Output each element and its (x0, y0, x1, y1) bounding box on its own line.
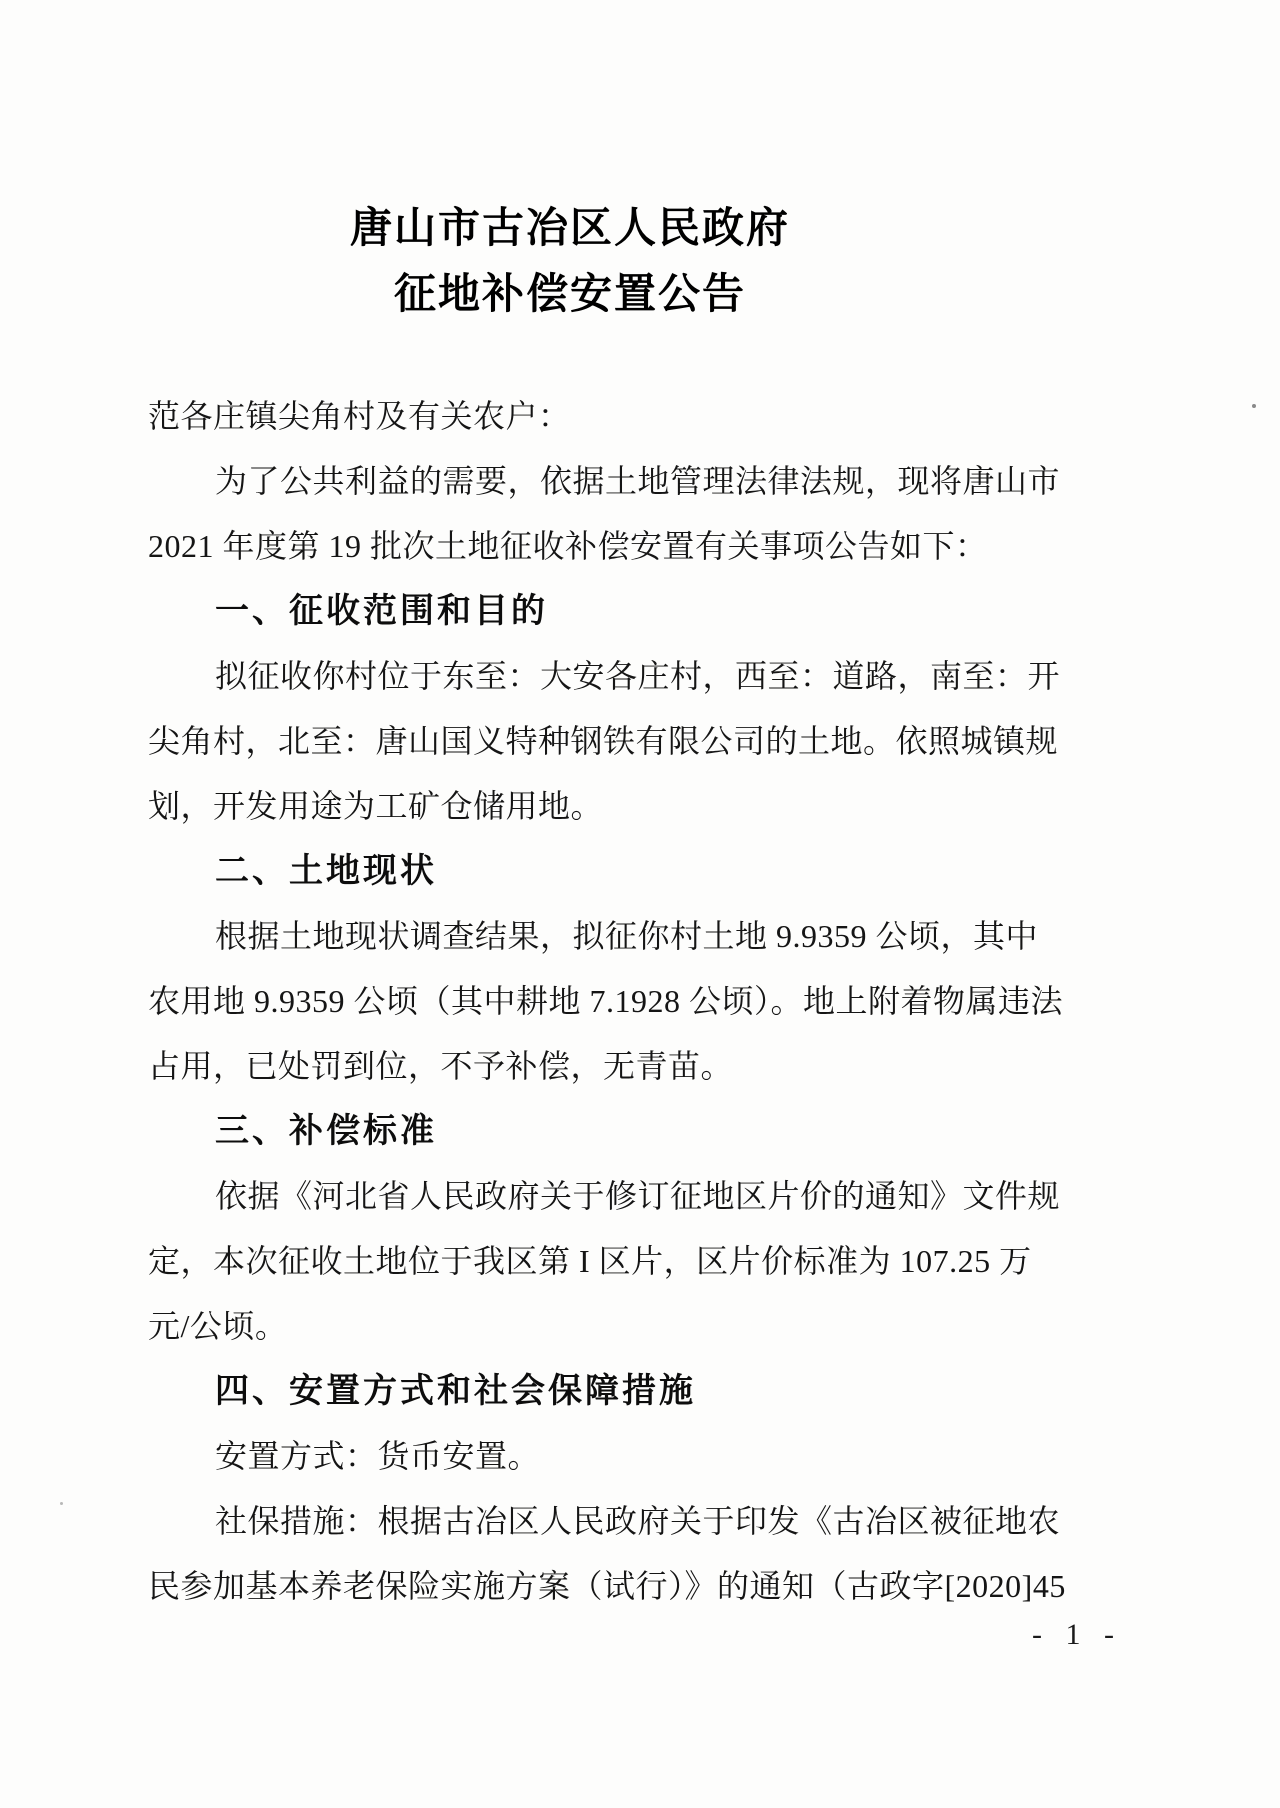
doc-line: 2021 年度第 19 批次土地征收补偿安置有关事项公告如下： (148, 514, 1100, 579)
doc-line: 依据《河北省人民政府关于修订征地区片价的通知》文件规 (148, 1164, 1100, 1229)
scan-speck (60, 1502, 63, 1505)
page-number: - 1 - (1032, 1618, 1122, 1652)
doc-line: 农用地 9.9359 公顷（其中耕地 7.1928 公顷）。地上附着物属违法 (148, 969, 1100, 1034)
doc-line: 安置方式：货币安置。 (148, 1424, 1100, 1489)
section-heading-3: 三、补偿标准 (148, 1099, 1100, 1164)
scan-speck (1252, 404, 1256, 408)
document-title-line-1: 唐山市古冶区人民政府 (0, 196, 1140, 262)
doc-line: 划，开发用途为工矿仓储用地。 (148, 774, 1100, 839)
document-title: 唐山市古冶区人民政府 征地补偿安置公告 (0, 0, 1140, 328)
doc-line: 元/公顷。 (148, 1294, 1100, 1359)
doc-line: 社保措施：根据古冶区人民政府关于印发《古冶区被征地农 (148, 1489, 1100, 1554)
doc-line: 拟征收你村位于东至：大安各庄村，西至：道路，南至：开 (148, 644, 1100, 709)
document-body: 范各庄镇尖角村及有关农户： 为了公共利益的需要，依据土地管理法律法规，现将唐山市… (148, 384, 1100, 1619)
document-title-line-2: 征地补偿安置公告 (0, 262, 1140, 328)
doc-line: 定，本次征收土地位于我区第 I 区片，区片价标准为 107.25 万 (148, 1229, 1100, 1294)
doc-line: 为了公共利益的需要，依据土地管理法律法规，现将唐山市 (148, 449, 1100, 514)
document-page: 唐山市古冶区人民政府 征地补偿安置公告 范各庄镇尖角村及有关农户： 为了公共利益… (0, 0, 1280, 1808)
salutation-line: 范各庄镇尖角村及有关农户： (148, 384, 1100, 449)
section-heading-4: 四、安置方式和社会保障措施 (148, 1359, 1100, 1424)
section-heading-1: 一、征收范围和目的 (148, 579, 1100, 644)
doc-line: 根据土地现状调查结果，拟征你村土地 9.9359 公顷，其中 (148, 904, 1100, 969)
section-heading-2: 二、土地现状 (148, 839, 1100, 904)
doc-line: 占用，已处罚到位，不予补偿，无青苗。 (148, 1034, 1100, 1099)
doc-line: 民参加基本养老保险实施方案（试行）》的通知（古政字[2020]45 (148, 1554, 1100, 1619)
doc-line: 尖角村，北至：唐山国义特种钢铁有限公司的土地。依照城镇规 (148, 709, 1100, 774)
